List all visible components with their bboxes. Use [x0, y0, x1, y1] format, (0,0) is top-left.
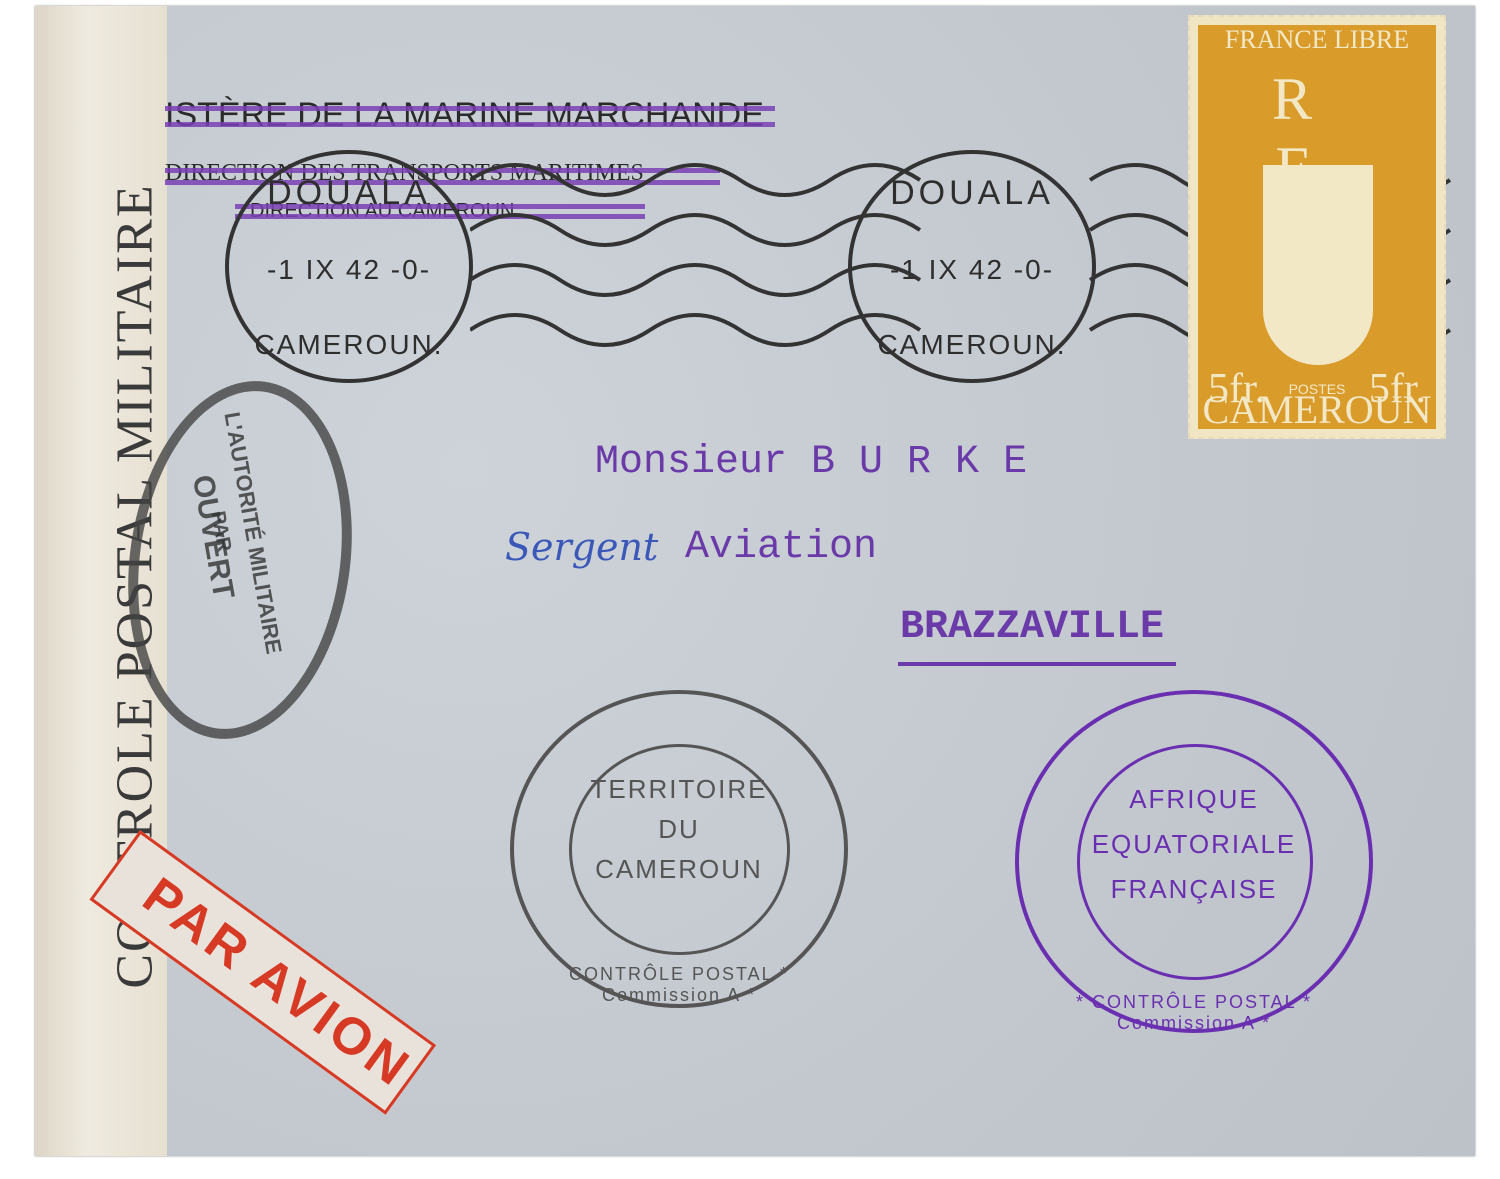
- address-underline: [898, 662, 1176, 666]
- shield-icon: [1263, 165, 1373, 365]
- address-line3: BRAZZAVILLE: [900, 605, 1164, 650]
- address-line2: Aviation: [685, 525, 877, 570]
- censor-stamp-violet: AFRIQUE EQUATORIALE FRANÇAISE * CONTRÔLE…: [1015, 690, 1373, 1033]
- strike-line: [165, 106, 775, 111]
- postage-stamp: FRANCE LIBRE R F 5fr. POSTES 5fr. CAMERO…: [1188, 15, 1446, 439]
- address-handwritten: Sergent: [505, 525, 658, 569]
- postmark: DOUALA -1 IX 42 -0- CAMEROUN.: [225, 150, 473, 383]
- sender-header-line1: ISTÈRE DE LA MARINE MARCHANDE: [165, 96, 764, 135]
- censor-stamp-grey: TERRITOIRE DU CAMEROUN CONTRÔLE POSTAL *…: [510, 690, 848, 1008]
- strike-line: [165, 122, 775, 127]
- address-line1: Monsieur B U R K E: [595, 440, 1027, 485]
